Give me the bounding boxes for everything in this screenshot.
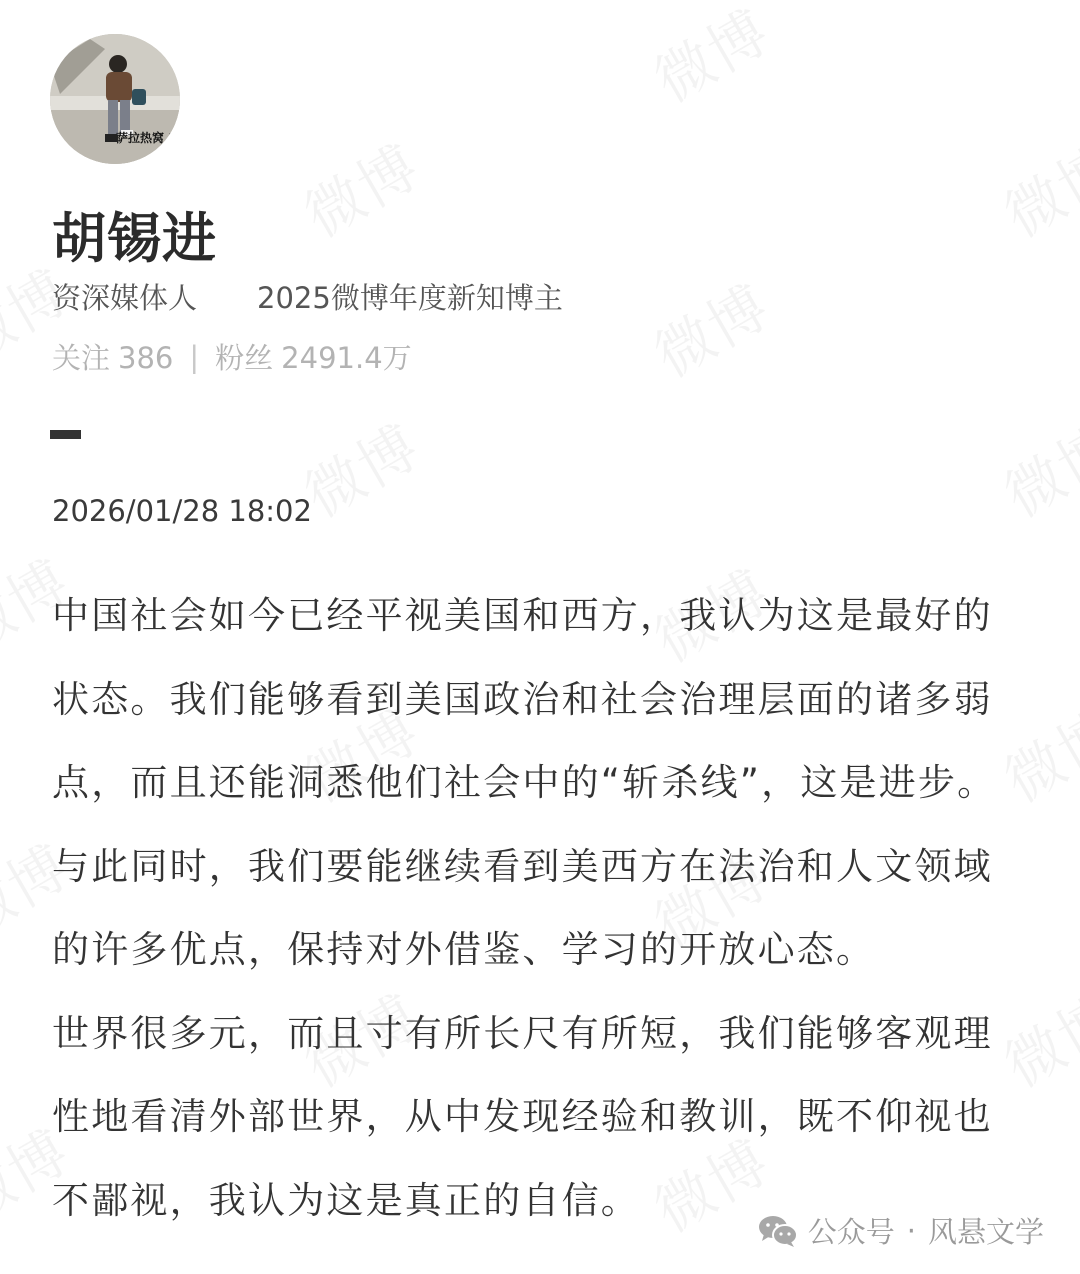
followers-label: 粉丝 <box>215 341 273 375</box>
footer-label: 公众号 <box>808 1210 895 1251</box>
following-stat[interactable]: 关注386 <box>52 336 173 377</box>
footer-account-name: 风悬文学 <box>928 1210 1044 1251</box>
avatar-photo: 萨拉热窝 199 <box>50 34 180 164</box>
stats-separator: | <box>189 340 199 374</box>
post-paragraph: 世界很多元，而且寸有所长尺有所短，我们能够客观理性地看清外部世界，从中发现经验和… <box>52 992 1022 1243</box>
weibo-post-screenshot: 萨拉热窝 199 胡锡进 资深媒体人 2025微博年度新知博主 关注386 | … <box>0 0 1080 1274</box>
profile-stats: 关注386 | 粉丝2491.4万 <box>52 336 412 377</box>
following-count: 386 <box>118 341 173 375</box>
profile-name[interactable]: 胡锡进 <box>52 196 217 273</box>
avatar[interactable]: 萨拉热窝 199 <box>50 34 180 164</box>
tag-annual-blogger: 2025微博年度新知博主 <box>257 276 563 317</box>
profile-tags: 资深媒体人 2025微博年度新知博主 <box>52 276 563 317</box>
followers-stat[interactable]: 粉丝2491.4万 <box>215 336 412 377</box>
followers-count: 2491.4万 <box>281 341 411 375</box>
wechat-account-watermark: 公众号 · 风悬文学 <box>758 1210 1044 1251</box>
post-paragraph: 中国社会如今已经平视美国和西方，我认为这是最好的状态。我们能够看到美国政治和社会… <box>52 574 1022 825</box>
following-label: 关注 <box>52 341 110 375</box>
post-paragraph: 与此同时，我们要能继续看到美西方在法治和人文领域的许多优点，保持对外借鉴、学习的… <box>52 825 1022 992</box>
post-timestamp: 2026/01/28 18:02 <box>52 494 312 528</box>
tag-senior-media: 资深媒体人 <box>52 276 197 317</box>
wechat-icon <box>758 1214 798 1248</box>
footer-dot: · <box>907 1214 916 1248</box>
svg-text:萨拉热窝 199: 萨拉热窝 199 <box>116 130 180 145</box>
post-body: 中国社会如今已经平视美国和西方，我认为这是最好的状态。我们能够看到美国政治和社会… <box>52 574 1022 1242</box>
section-divider <box>50 430 81 439</box>
